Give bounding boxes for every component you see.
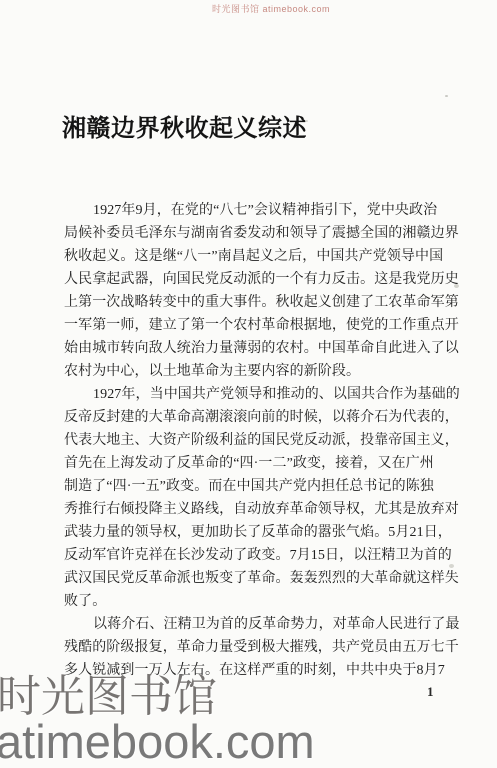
- body-line: 一军第一师，建立了第一个农村革命根据地，使党的工作重点开: [64, 314, 458, 337]
- body-line: 1927年9月，在党的“八七”会议精神指引下，党中央政治: [64, 199, 458, 222]
- body-line: 1927年，当中国共产党领导和推动的、以国共合作为基础的: [64, 383, 458, 406]
- body-line: 人民拿起武器，向国民党反动派的一个有力反击。这是我党历史: [64, 268, 458, 291]
- body-line: 残酷的阶级报复，革命力量受到极大摧残，共产党员由五万七千: [64, 636, 458, 659]
- body-line: 秀推行右倾投降主义路线，自动放弃革命领导权，尤其是放弃对: [64, 498, 458, 521]
- body-line: 农村为中心，以土地革命为主要内容的新阶段。: [64, 360, 458, 383]
- body-line: 武汉国民党反革命派也叛变了革命。轰轰烈烈的大革命就这样失: [64, 567, 458, 590]
- body-line: 制造了“四·一五”政变。而在中国共产党内担任总书记的陈独: [64, 475, 458, 498]
- body-line: 上第一次战略转变中的重大事件。秋收起义创建了工农革命军第: [64, 291, 458, 314]
- body-line: 局候补委员毛泽东与湖南省委发动和领导了震撼全国的湘赣边界: [64, 222, 458, 245]
- body-line: 秋收起义。这是继“八一”南昌起义之后，中国共产党领导中国: [64, 245, 458, 268]
- book-page-scan: 时光图书馆 atimebook.com 湘赣边界秋收起义综述 1927年9月，在…: [0, 0, 497, 768]
- page-number: 1: [427, 684, 434, 700]
- body-line: 败了。: [64, 590, 458, 613]
- body-text-block: 1927年9月，在党的“八七”会议精神指引下，党中央政治 局候补委员毛泽东与湖南…: [64, 199, 458, 682]
- scan-noise-specks: [445, 95, 448, 97]
- body-line: 以蒋介石、汪精卫为首的反革命势力，对革命人民进行了最: [64, 613, 458, 636]
- body-line: 反动军官许克祥在长沙发动了政变。7月15日，以汪精卫为首的: [64, 544, 458, 567]
- body-line: 武装力量的领导权，更加助长了反革命的嚣张气焰。5月21日，: [64, 521, 458, 544]
- bottom-watermark-url: atimebook.com: [0, 714, 315, 768]
- body-line: 首先在上海发动了反革命的“四·一二”政变，接着，又在广州: [64, 452, 458, 475]
- page-title: 湘赣边界秋收起义综述: [62, 108, 307, 143]
- body-line: 代表大地主、大资产阶级利益的国民党反动派，投靠帝国主义，: [64, 429, 458, 452]
- top-watermark: 时光图书馆 atimebook.com: [212, 2, 330, 15]
- body-line: 始由城市转向敌人统治力量薄弱的农村。中国革命自此进入了以: [64, 337, 458, 360]
- body-line: 反帝反封建的大革命高潮滚滚向前的时候，以蒋介石为代表的，: [64, 406, 458, 429]
